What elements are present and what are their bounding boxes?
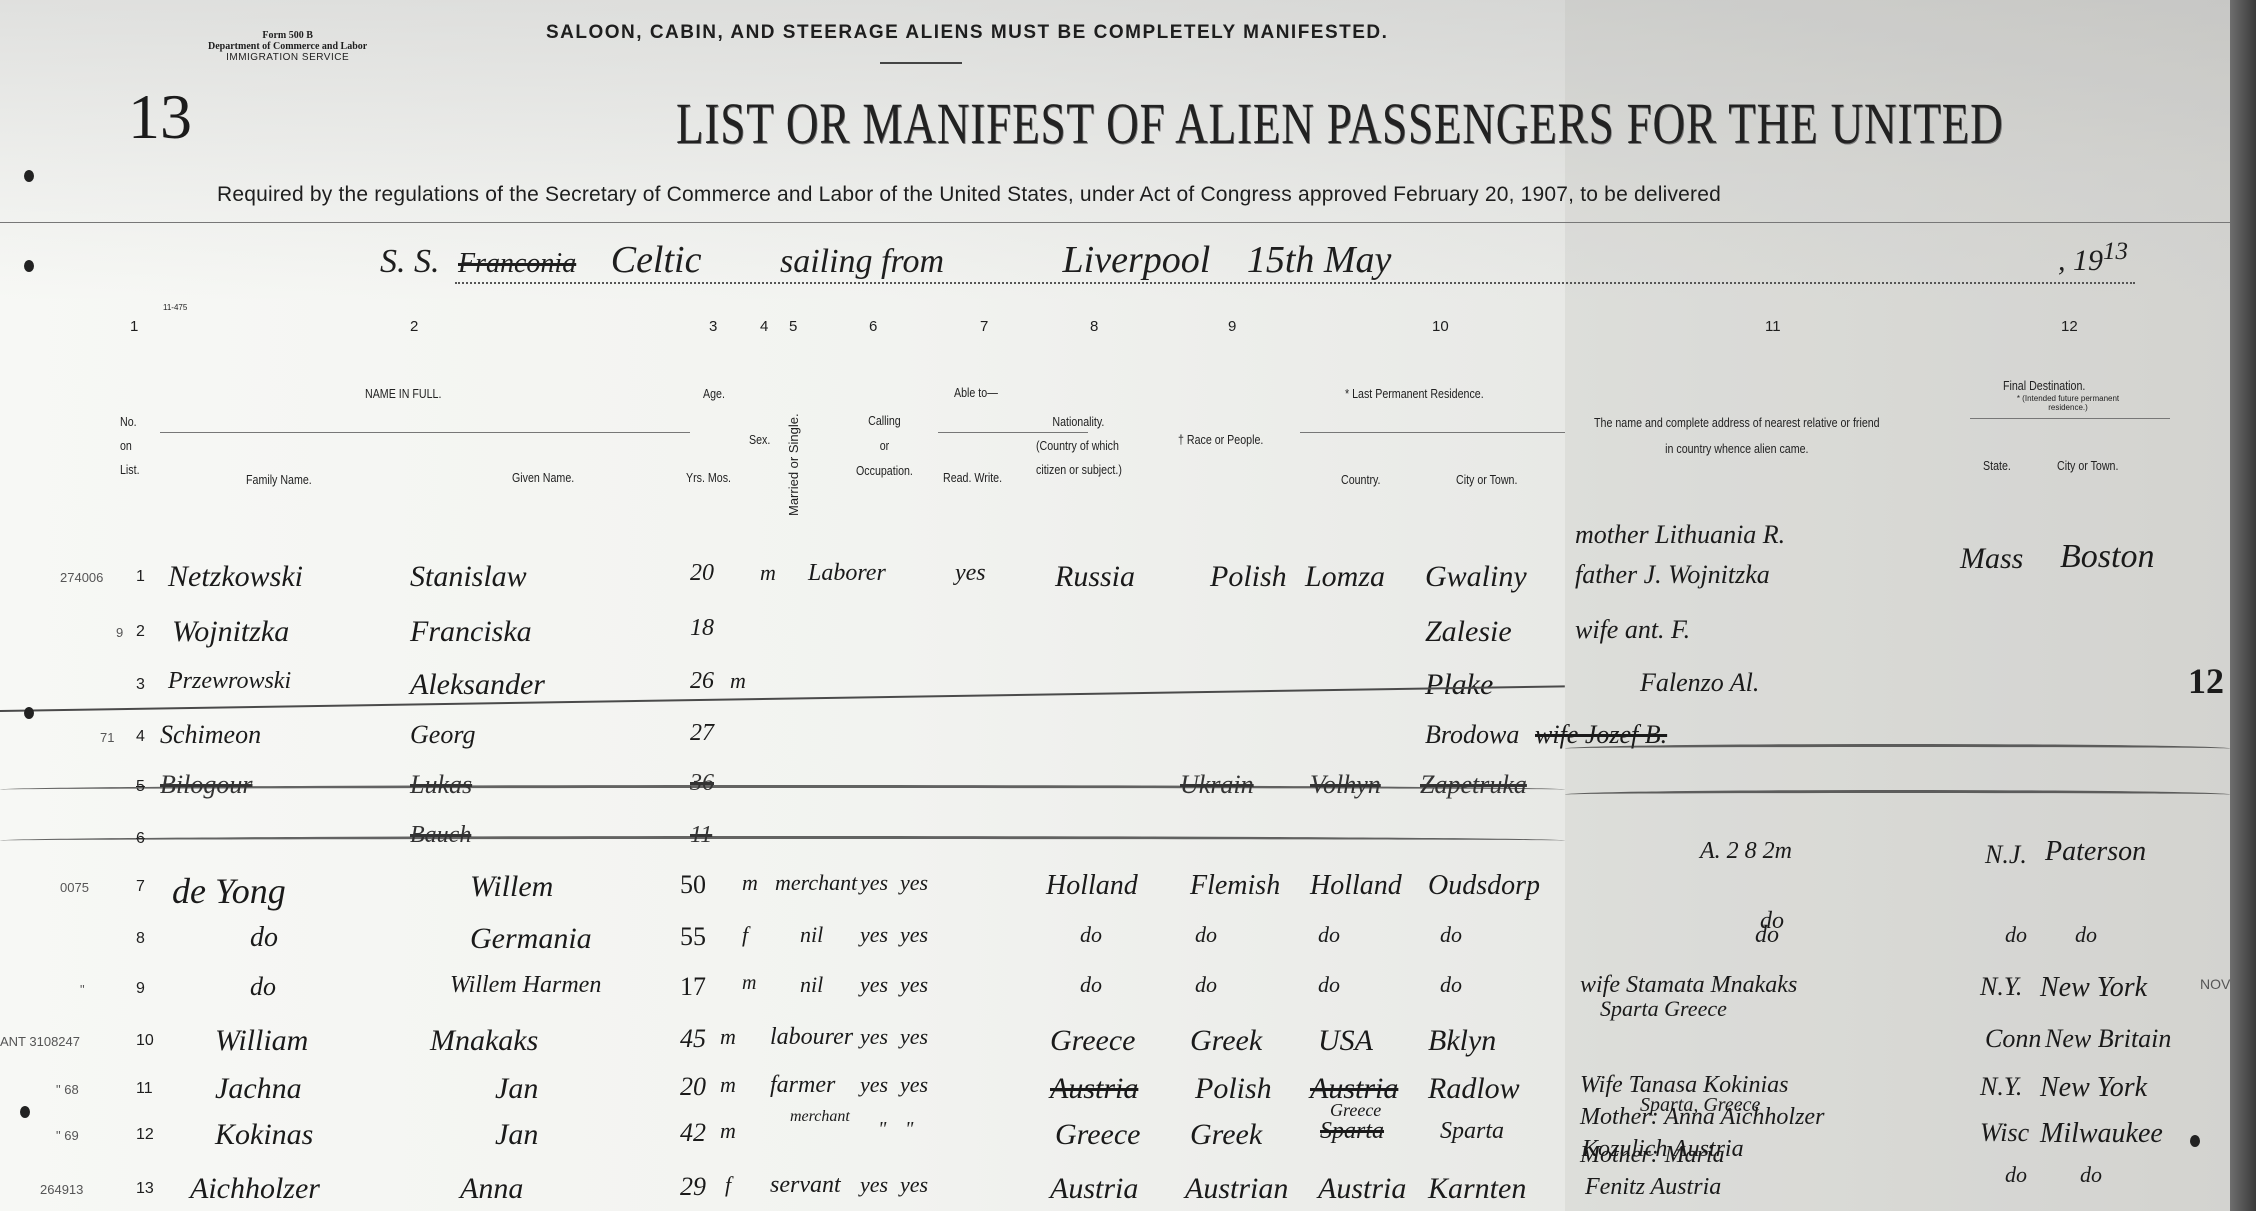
relative-above: mother Lithuania R.	[1575, 520, 1785, 550]
dest-city: Boston	[2060, 538, 2154, 576]
age: 20	[690, 560, 714, 587]
passenger-row-11: " 68 11 Jachna Jan 20 m farmer yes yes A…	[0, 1072, 2230, 1118]
passenger-row-8: 8 do Germania 55 f nil yes yes do do do …	[0, 922, 2230, 968]
column-number-1: 1	[130, 318, 138, 335]
header-sex: Sex.	[749, 432, 770, 447]
departure-port: Liverpool	[1063, 239, 1211, 281]
column-number-11: 11	[1765, 318, 1781, 335]
ship-name-struck: Franconia	[458, 248, 576, 279]
strike-through-line	[1565, 744, 2230, 753]
residence-header-rule	[1300, 432, 1565, 433]
header-state: State.	[1983, 458, 2011, 473]
sailing-from-label: sailing from	[780, 243, 944, 280]
race: Polish	[1210, 560, 1287, 594]
right-margin-page-mark: 12	[2188, 660, 2224, 702]
form-identity: Form 500 B Department of Commerce and La…	[208, 30, 367, 63]
departure-year: , 1913	[2058, 238, 2128, 278]
given-name: Stanislaw	[410, 560, 527, 594]
strike-through-line	[0, 785, 1565, 794]
binding-hole	[20, 1106, 30, 1118]
form-code: 11-475	[163, 303, 187, 312]
manifest-page: Form 500 B Department of Commerce and La…	[0, 0, 2230, 1211]
header-country: Country.	[1341, 472, 1381, 487]
column-number-3: 3	[709, 318, 717, 335]
column-number-7: 7	[980, 318, 988, 335]
passenger-row-6: 6 Bauch 11	[0, 822, 2230, 868]
passenger-row-10: ANT 3108247 10 William Mnakaks 45 m labo…	[0, 1024, 2230, 1070]
passenger-row-12: " 69 12 Kokinas Jan 42 m merchant " " Gr…	[0, 1118, 2230, 1164]
binding-hole	[24, 170, 34, 182]
header-able-to: Able to—	[954, 385, 998, 400]
binding-hole	[2190, 1135, 2200, 1147]
header-read-write: Read. Write.	[943, 470, 1002, 485]
column-number-9: 9	[1228, 318, 1236, 335]
ship-prefix: S. S.	[380, 243, 440, 280]
strike-through-line	[1565, 790, 2230, 799]
service-name: IMMIGRATION SERVICE	[208, 52, 367, 63]
header-given-name: Given Name.	[512, 470, 574, 485]
banner-underline	[880, 62, 962, 64]
departure-date: 15th May	[1247, 239, 1392, 281]
column-number-4: 4	[760, 318, 768, 335]
header-final-destination: Final Destination.	[2003, 378, 2085, 393]
passenger-row-9: " 9 do Willem Harmen 17 m nil yes yes do…	[0, 972, 2230, 1018]
residence-country: Lomza	[1305, 560, 1385, 594]
column-number-2: 2	[410, 318, 418, 335]
header-nearest-relative: The name and complete address of nearest…	[1594, 410, 1880, 462]
ship-name: Celtic	[611, 239, 702, 281]
strike-through-line	[0, 836, 1565, 845]
manifest-title: LIST OR MANIFEST OF ALIEN PASSENGERS FOR…	[676, 90, 2004, 157]
header-family-name: Family Name.	[246, 472, 312, 487]
scan-edge	[2230, 0, 2256, 1211]
manifest-subtitle: Required by the regulations of the Secre…	[217, 183, 1721, 207]
ship-line-dotted-rule	[455, 282, 2135, 284]
header-age: Age.	[703, 386, 725, 401]
header-calling: Calling or Occupation.	[856, 408, 913, 483]
passenger-row-3: 3 Przewrowski Aleksander 26 m Plake Fale…	[0, 668, 2230, 714]
column-number-10: 10	[1432, 318, 1449, 335]
passenger-row-1: 274006 1 Netzkowski Stanislaw 20 m Labor…	[0, 560, 2230, 606]
header-final-destination-note: * (Intended future permanent residence.)	[1998, 394, 2138, 412]
header-name-in-full: NAME IN FULL.	[365, 386, 441, 401]
residence-city: Gwaliny	[1425, 560, 1527, 594]
header-city-or-town: City or Town.	[1456, 472, 1517, 487]
dest-state: Mass	[1960, 542, 2023, 576]
header-married-single: Married or Single.	[786, 413, 801, 516]
read: yes	[955, 560, 986, 587]
header-no-on-list: No. on List.	[120, 410, 140, 482]
header-yrs-mos: Yrs. Mos.	[686, 470, 731, 485]
passenger-row-4: 71 4 Schimeon Georg 27 Brodowa wife Joze…	[0, 720, 2230, 766]
manifest-banner: SALOON, CABIN, AND STEERAGE ALIENS MUST …	[546, 22, 1388, 44]
passenger-row-13: 264913 13 Aichholzer Anna 29 f servant y…	[0, 1172, 2230, 1211]
subtitle-rule	[0, 222, 2230, 223]
ship-line: S. S. Franconia Celtic sailing from Live…	[380, 238, 1391, 282]
header-dest-city: City or Town.	[2057, 458, 2118, 473]
nearest-relative: father J. Wojnitzka	[1575, 560, 1770, 590]
sex: m	[760, 560, 776, 586]
nationality: Russia	[1055, 560, 1135, 594]
form-number: Form 500 B	[208, 30, 367, 41]
binding-hole	[24, 260, 34, 272]
binding-hole	[24, 707, 34, 719]
column-number-12: 12	[2061, 318, 2078, 335]
handwritten-page-mark: 13	[128, 80, 192, 154]
occupation: Laborer	[808, 560, 886, 587]
destination-header-rule	[1970, 418, 2170, 419]
header-race: † Race or People.	[1178, 432, 1263, 447]
name-header-rule	[160, 432, 690, 433]
column-number-6: 6	[869, 318, 877, 335]
column-number-8: 8	[1090, 318, 1098, 335]
passenger-row-2: 9 2 Wojnitzka Franciska 18 Zalesie wife …	[0, 615, 2230, 661]
header-nationality: Nationality. (Country of which citizen o…	[1036, 410, 1122, 482]
passenger-row-7: 0075 7 de Yong Willem 50 m merchant yes …	[0, 870, 2230, 916]
family-name: Netzkowski	[168, 560, 303, 594]
column-number-5: 5	[789, 318, 797, 335]
department-name: Department of Commerce and Labor	[208, 41, 367, 52]
header-last-residence: * Last Permanent Residence.	[1345, 386, 1484, 401]
